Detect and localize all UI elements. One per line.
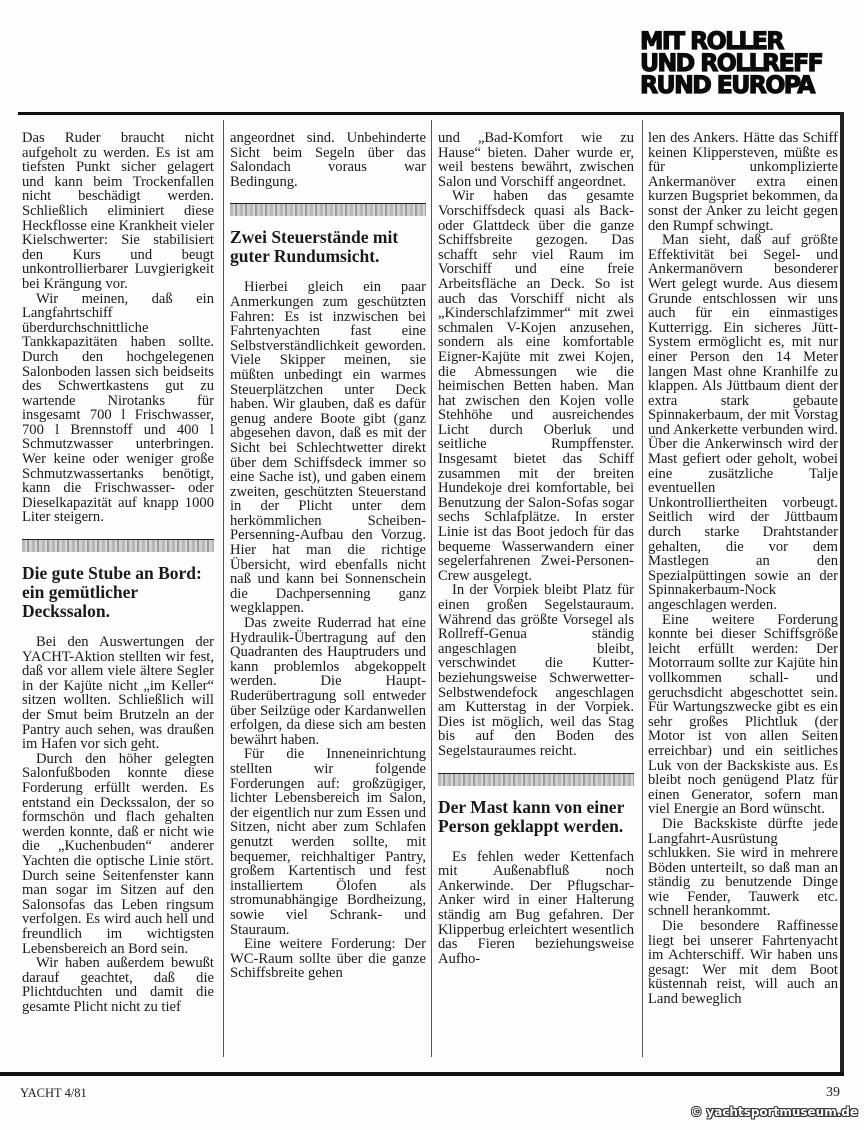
paragraph: angeordnet sind. Unbehinderte Sicht beim… — [230, 131, 426, 189]
section-heading: Die gute Stube an Bord: ein gemütlicher … — [22, 564, 214, 621]
paragraph: Die besondere Raffinesse liegt bei unser… — [648, 919, 838, 1007]
top-rule — [18, 112, 844, 115]
paragraph: Wir haben außerdem bewußt darauf geachte… — [22, 956, 214, 1014]
column-divider — [431, 120, 432, 1057]
paragraph: Das zweite Ruderrad hat eine Hydraulik-Ü… — [230, 616, 426, 747]
paragraph: Es fehlen weder Kettenfach mit Außenabfl… — [438, 850, 634, 967]
paragraph: In der Vorpiek bleibt Platz für einen gr… — [438, 583, 634, 758]
paragraph: Durch den höher gelegten Salonfußboden k… — [22, 752, 214, 956]
magazine-issue: YACHT 4/81 — [20, 1086, 87, 1101]
column-divider — [223, 120, 224, 1057]
paragraph: Wir meinen, daß ein Langfahrtschiff über… — [22, 292, 214, 526]
paragraph: und „Bad-Komfort wie zu Hause“ bieten. D… — [438, 131, 634, 189]
watermark-credit: © yachtsportmuseum.de — [690, 1105, 858, 1119]
right-border — [840, 112, 844, 1076]
section-heading: Der Mast kann von einer Person geklappt … — [438, 798, 634, 836]
section-divider-band — [438, 773, 634, 786]
section-divider-band — [22, 539, 214, 552]
paragraph: Das Ruder braucht nicht aufgeholt zu wer… — [22, 131, 214, 292]
bottom-rule — [0, 1072, 844, 1076]
paragraph: Für die Inneneinrichtung stellten wir fo… — [230, 747, 426, 937]
paragraph: Eine weitere Forderung konnte bei dieser… — [648, 613, 838, 817]
paragraph: Man sieht, daß auf größte Effektivität b… — [648, 233, 838, 612]
column-2: angeordnet sind. Unbehinderte Sicht beim… — [230, 131, 426, 981]
paragraph: Hierbei gleich ein paar Anmerkungen zum … — [230, 280, 426, 616]
paragraph: Wir haben das gesamte Vorschiffsdeck qua… — [438, 189, 634, 583]
section-divider-band — [230, 203, 426, 216]
paragraph: len des Ankers. Hätte das Schiff keinen … — [648, 131, 838, 233]
headline-line: RUND EUROPA — [640, 74, 836, 96]
column-4: len des Ankers. Hätte das Schiff keinen … — [648, 131, 838, 1007]
article-headline: MIT ROLLER UND ROLLREFF RUND EUROPA — [640, 30, 836, 96]
column-divider — [642, 120, 643, 1057]
paragraph: Eine weitere Forderung: Der WC-Raum soll… — [230, 937, 426, 981]
paragraph: Die Backskiste dürfte jede Langfahrt-Aus… — [648, 817, 838, 919]
column-3: und „Bad-Komfort wie zu Hause“ bieten. D… — [438, 131, 634, 966]
page-number: 39 — [826, 1085, 840, 1101]
column-1: Das Ruder braucht nicht aufgeholt zu wer… — [22, 131, 214, 1014]
section-heading: Zwei Steuerstände mit guter Rundumsicht. — [230, 228, 426, 266]
paragraph: Bei den Auswertungen der YACHT-Aktion st… — [22, 635, 214, 752]
